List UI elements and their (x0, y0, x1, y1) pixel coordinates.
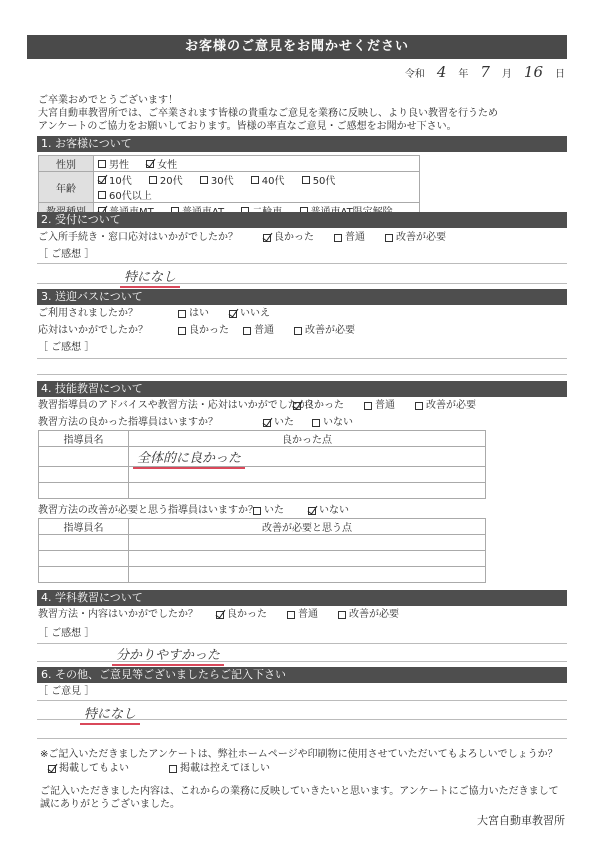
option-label: いた (264, 504, 284, 517)
checkbox-icon (251, 176, 259, 184)
option-label: 40代 (262, 172, 285, 187)
option-label: 普通 (345, 231, 365, 244)
instructor-name-cell[interactable] (39, 467, 129, 483)
option-label: 改善が必要 (349, 608, 399, 621)
comment-line (37, 661, 567, 662)
instructor-advice-row: 教習指導員のアドバイスや教習方法・応対はいかがでしたか？ 良かった 普通 改善が… (38, 399, 490, 412)
bus-usage-row: ご利用されましたか？ はい いいえ (38, 307, 284, 320)
other-comment[interactable]: 特になし (80, 707, 140, 725)
checked-checkbox-icon (216, 611, 224, 619)
age-label: 年齢 (39, 172, 94, 203)
checkbox-icon (149, 176, 157, 184)
checkbox-needs-improvement[interactable]: 改善が必要 (294, 324, 355, 337)
option-label: 良かった (304, 399, 344, 412)
option-label: 普通 (298, 608, 318, 621)
table-row (39, 567, 486, 583)
checkbox-needs-improvement[interactable]: 改善が必要 (385, 231, 446, 244)
checkbox-40s[interactable]: 40代 (251, 172, 285, 187)
checkbox-good[interactable]: 良かった (263, 231, 314, 244)
checkbox-no[interactable]: いいえ (229, 307, 270, 320)
improve-point-cell[interactable] (129, 535, 486, 551)
instructor-name-cell[interactable] (39, 567, 129, 583)
checkbox-icon (294, 327, 302, 335)
checkbox-60s-plus[interactable]: 60代以上 (98, 187, 152, 202)
comment-line (37, 738, 567, 739)
checkbox-icon (287, 611, 295, 619)
comment-label: ［ ご意見 ］ (38, 685, 94, 698)
option-label: いた (274, 416, 294, 429)
checked-checkbox-icon (229, 310, 237, 318)
table-row: 全体的に良かった (39, 447, 486, 467)
checked-checkbox-icon (263, 234, 271, 242)
checkbox-male[interactable]: 男性 (98, 156, 129, 171)
option-label: 改善が必要 (305, 324, 355, 337)
instructor-name-cell[interactable] (39, 535, 129, 551)
section-1-header: 1. お客様について (37, 136, 567, 152)
question-text: 教習方法の良かった指導員はいますか？ (38, 416, 263, 429)
good-instructor-table: 指導員名 良かった点 全体的に良かった (38, 430, 486, 499)
checkbox-female[interactable]: 女性 (146, 156, 177, 171)
improve-instructor-row: 教習方法の改善が必要と思う指導員はいますか？ いた いない (38, 504, 363, 517)
form-title: お客様のご意見をお聞かせください (27, 35, 567, 59)
option-label: 掲載してもよい (59, 762, 129, 775)
question-text: 応対はいかがでしたか？ (38, 324, 178, 337)
instructor-name-cell[interactable] (39, 483, 129, 499)
question-text: 教習指導員のアドバイスや教習方法・応対はいかがでしたか？ (38, 399, 293, 412)
checkbox-20s[interactable]: 20代 (149, 172, 183, 187)
comment-label: ［ ご感想 ］ (38, 341, 94, 354)
option-label: 50代 (313, 172, 336, 187)
checkbox-icon (334, 234, 342, 242)
intro-line: 大宮自動車教習所では、ご卒業されます皆様の貴重なご意見を業務に反映し、より良い教… (38, 107, 568, 120)
checkbox-icon (178, 327, 186, 335)
option-label: 改善が必要 (396, 231, 446, 244)
checked-checkbox-icon (263, 419, 271, 427)
gender-row: 性別 男性 女性 (39, 156, 420, 172)
customer-info-table: 性別 男性 女性 年齢 10代 20代 30代 40代 50代 60代以上 教習… (38, 155, 420, 219)
table-header: 指導員名 改善が必要と思う点 (39, 519, 486, 535)
checkbox-yes[interactable]: いた (253, 504, 284, 517)
good-point-cell[interactable] (129, 483, 486, 499)
option-label: 普通 (375, 399, 395, 412)
section-6-header: 6. その他、ご意見等ございましたらご記入下さい (37, 667, 567, 683)
checkbox-needs-improvement[interactable]: 改善が必要 (415, 399, 476, 412)
checkbox-yes[interactable]: いた (263, 416, 294, 429)
comment-line (37, 719, 567, 720)
section-4-header: 4. 技能教習について (37, 381, 567, 397)
checkbox-icon (98, 160, 106, 168)
checkbox-normal[interactable]: 普通 (243, 324, 274, 337)
checkbox-icon (338, 611, 346, 619)
reception-comment[interactable]: 特になし (120, 270, 180, 288)
option-label: 男性 (109, 156, 129, 171)
checkbox-icon (253, 507, 261, 515)
instructor-name-cell[interactable] (39, 447, 129, 467)
option-label: 良かった (189, 324, 229, 337)
checked-checkbox-icon (48, 765, 56, 773)
checkbox-no[interactable]: いない (312, 416, 353, 429)
comment-line (37, 700, 567, 701)
age-options: 10代 20代 30代 40代 50代 60代以上 (94, 172, 420, 203)
checkbox-good[interactable]: 良かった (293, 399, 344, 412)
reception-question-row: ご入所手続き・窓口応対はいかがでしたか？ 良かった 普通 改善が必要 (38, 231, 460, 244)
checkbox-icon (98, 191, 106, 199)
table-row (39, 551, 486, 567)
option-label: 改善が必要 (426, 399, 476, 412)
checkbox-icon (169, 765, 177, 773)
question-text: 教習方法の改善が必要と思う指導員はいますか？ (38, 504, 253, 517)
checkbox-10s[interactable]: 10代 (98, 172, 132, 187)
thanks-text: ご記入いただきました内容は、これからの業務に反映していきたいと思います。アンケー… (40, 785, 559, 811)
option-label: 普通 (254, 324, 274, 337)
checkbox-normal[interactable]: 普通 (364, 399, 395, 412)
improve-instructor-table: 指導員名 改善が必要と思う点 (38, 518, 486, 583)
option-label: いいえ (240, 307, 270, 320)
comment-label: ［ ご感想 ］ (38, 248, 94, 261)
checkbox-good[interactable]: 良かった (178, 324, 229, 337)
publication-options-row: 掲載してもよい 掲載は控えてほしい (48, 762, 284, 775)
checkbox-publish-ok[interactable]: 掲載してもよい (48, 762, 129, 775)
table-row (39, 467, 486, 483)
comment-line (37, 358, 567, 359)
comment-line (37, 263, 567, 264)
column-header: 良かった点 (129, 431, 486, 447)
date-field: 令和 4 年 7 月 16 日 (405, 63, 565, 81)
date-day[interactable]: 16 (524, 63, 543, 81)
option-label: 60代以上 (109, 187, 152, 202)
option-label: いない (323, 416, 353, 429)
good-instructor-row: 教習方法の良かった指導員はいますか？ いた いない (38, 416, 367, 429)
good-point-cell[interactable]: 全体的に良かった (129, 447, 486, 467)
instructor-name-cell[interactable] (39, 551, 129, 567)
intro-line: アンケートのご協力をお願いしております。皆様の率直なご意見・ご感想をお聞かせ下さ… (38, 120, 568, 133)
checkbox-50s[interactable]: 50代 (302, 172, 336, 187)
question-text: 教習方法・内容はいかがでしたか？ (38, 608, 216, 621)
section-5-header: 4. 学科教習について (37, 590, 567, 606)
checked-checkbox-icon (98, 176, 106, 184)
date-day-unit: 日 (555, 65, 565, 80)
date-year[interactable]: 4 (437, 63, 447, 81)
thanks-line: ご記入いただきました内容は、これからの業務に反映していきたいと思います。アンケー… (40, 785, 559, 798)
checkbox-no[interactable]: いない (308, 504, 349, 517)
column-header: 改善が必要と思う点 (129, 519, 486, 535)
improve-point-cell[interactable] (129, 567, 486, 583)
good-point-text: 全体的に良かった (133, 451, 245, 469)
classroom-question-row: 教習方法・内容はいかがでしたか？ 良かった 普通 改善が必要 (38, 608, 413, 621)
intro-text: ご卒業おめでとうございます！ 大宮自動車教習所では、ご卒業されます皆様の貴重なご… (38, 94, 568, 133)
classroom-comment[interactable]: 分かりやすかった (112, 648, 224, 666)
date-year-unit: 年 (458, 65, 468, 80)
question-text: ご入所手続き・窓口応対はいかがでしたか？ (38, 231, 263, 244)
gender-label: 性別 (39, 156, 94, 172)
bus-service-row: 応対はいかがでしたか？ 良かった 普通 改善が必要 (38, 324, 369, 337)
checkbox-publish-decline[interactable]: 掲載は控えてほしい (169, 762, 270, 775)
option-label: 良かった (274, 231, 314, 244)
question-text: ご利用されましたか？ (38, 307, 178, 320)
checkbox-icon (178, 310, 186, 318)
table-header: 指導員名 良かった点 (39, 431, 486, 447)
publication-question: ※ご記入いただきましたアンケートは、弊社ホームページや印刷物に使用させていただい… (40, 748, 558, 761)
date-month-unit: 月 (502, 65, 512, 80)
column-header: 指導員名 (39, 519, 129, 535)
date-month[interactable]: 7 (480, 63, 490, 81)
option-label: 10代 (109, 172, 132, 187)
option-label: 良かった (227, 608, 267, 621)
date-era: 令和 (405, 65, 425, 80)
comment-line (37, 374, 567, 375)
intro-line: ご卒業おめでとうございます！ (38, 94, 568, 107)
table-row (39, 483, 486, 499)
checked-checkbox-icon (293, 402, 301, 410)
checkbox-yes[interactable]: はい (178, 307, 209, 320)
improve-point-cell[interactable] (129, 551, 486, 567)
checkbox-icon (200, 176, 208, 184)
checked-checkbox-icon (308, 507, 316, 515)
option-label: はい (189, 307, 209, 320)
option-label: 20代 (160, 172, 183, 187)
age-row: 年齢 10代 20代 30代 40代 50代 60代以上 (39, 172, 420, 203)
checkbox-icon (302, 176, 310, 184)
column-header: 指導員名 (39, 431, 129, 447)
checkbox-icon (364, 402, 372, 410)
checkbox-icon (385, 234, 393, 242)
thanks-line: 誠にありがとうございました。 (40, 798, 559, 811)
option-label: 女性 (157, 156, 177, 171)
option-label: いない (319, 504, 349, 517)
checkbox-normal[interactable]: 普通 (287, 608, 318, 621)
comment-line (37, 283, 567, 284)
checkbox-needs-improvement[interactable]: 改善が必要 (338, 608, 399, 621)
checkbox-icon (312, 419, 320, 427)
checkbox-icon (415, 402, 423, 410)
section-3-header: 3. 送迎バスについて (37, 289, 567, 305)
option-label: 掲載は控えてほしい (180, 762, 270, 775)
checkbox-icon (243, 327, 251, 335)
gender-options: 男性 女性 (94, 156, 420, 172)
school-signature: 大宮自動車教習所 (477, 812, 565, 828)
comment-label: ［ ご感想 ］ (38, 627, 94, 640)
checkbox-good[interactable]: 良かった (216, 608, 267, 621)
checkbox-normal[interactable]: 普通 (334, 231, 365, 244)
checkbox-30s[interactable]: 30代 (200, 172, 234, 187)
option-label: 30代 (211, 172, 234, 187)
section-2-header: 2. 受付について (37, 212, 567, 228)
checked-checkbox-icon (146, 160, 154, 168)
table-row (39, 535, 486, 551)
